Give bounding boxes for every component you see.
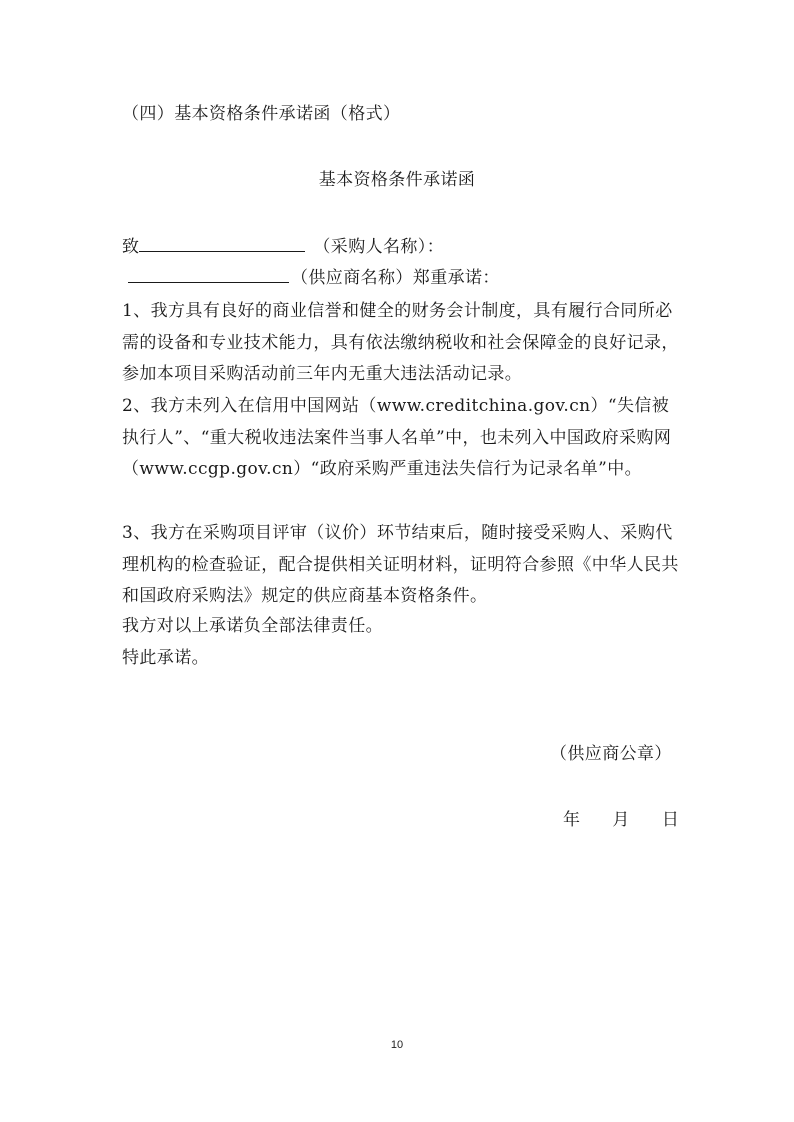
commitment-paragraph-1: 1、我方具有良好的商业信誉和健全的财务会计制度，具有履行合同所必需的设备和专业技…	[122, 296, 682, 391]
supplier-name-blank[interactable]	[128, 264, 289, 283]
date-day-label: 日	[662, 808, 679, 832]
supplier-line: （供应商名称）郑重承诺：	[128, 264, 500, 290]
supplier-name-label: （供应商名称）郑重承诺：	[291, 268, 500, 288]
supplier-seal-label: （供应商公章）	[550, 742, 672, 766]
page-number: 10	[0, 1039, 794, 1051]
commitment-paragraph-2: 2、我方未列入在信用中国网站（www.creditchina.gov.cn）“失…	[122, 391, 682, 486]
purchaser-name-blank[interactable]	[139, 233, 305, 252]
section-heading: （四）基本资格条件承诺函（格式）	[122, 102, 400, 126]
date-line: 年月日	[563, 808, 679, 832]
addressee-line: 致（采购人名称）：	[122, 233, 444, 259]
commitment-closing: 特此承诺。	[122, 646, 209, 670]
purchaser-name-label: （采购人名称）：	[313, 237, 444, 257]
date-year-label: 年	[563, 808, 580, 832]
addressee-prefix: 致	[122, 237, 139, 257]
commitment-paragraph-3: 3、我方在采购项目评审（议价）环节结束后，随时接受采购人、采购代理机构的检查验证…	[122, 518, 682, 613]
date-month-label: 月	[612, 808, 629, 832]
document-title: 基本资格条件承诺函	[0, 168, 794, 192]
liability-statement: 我方对以上承诺负全部法律责任。	[122, 614, 383, 638]
